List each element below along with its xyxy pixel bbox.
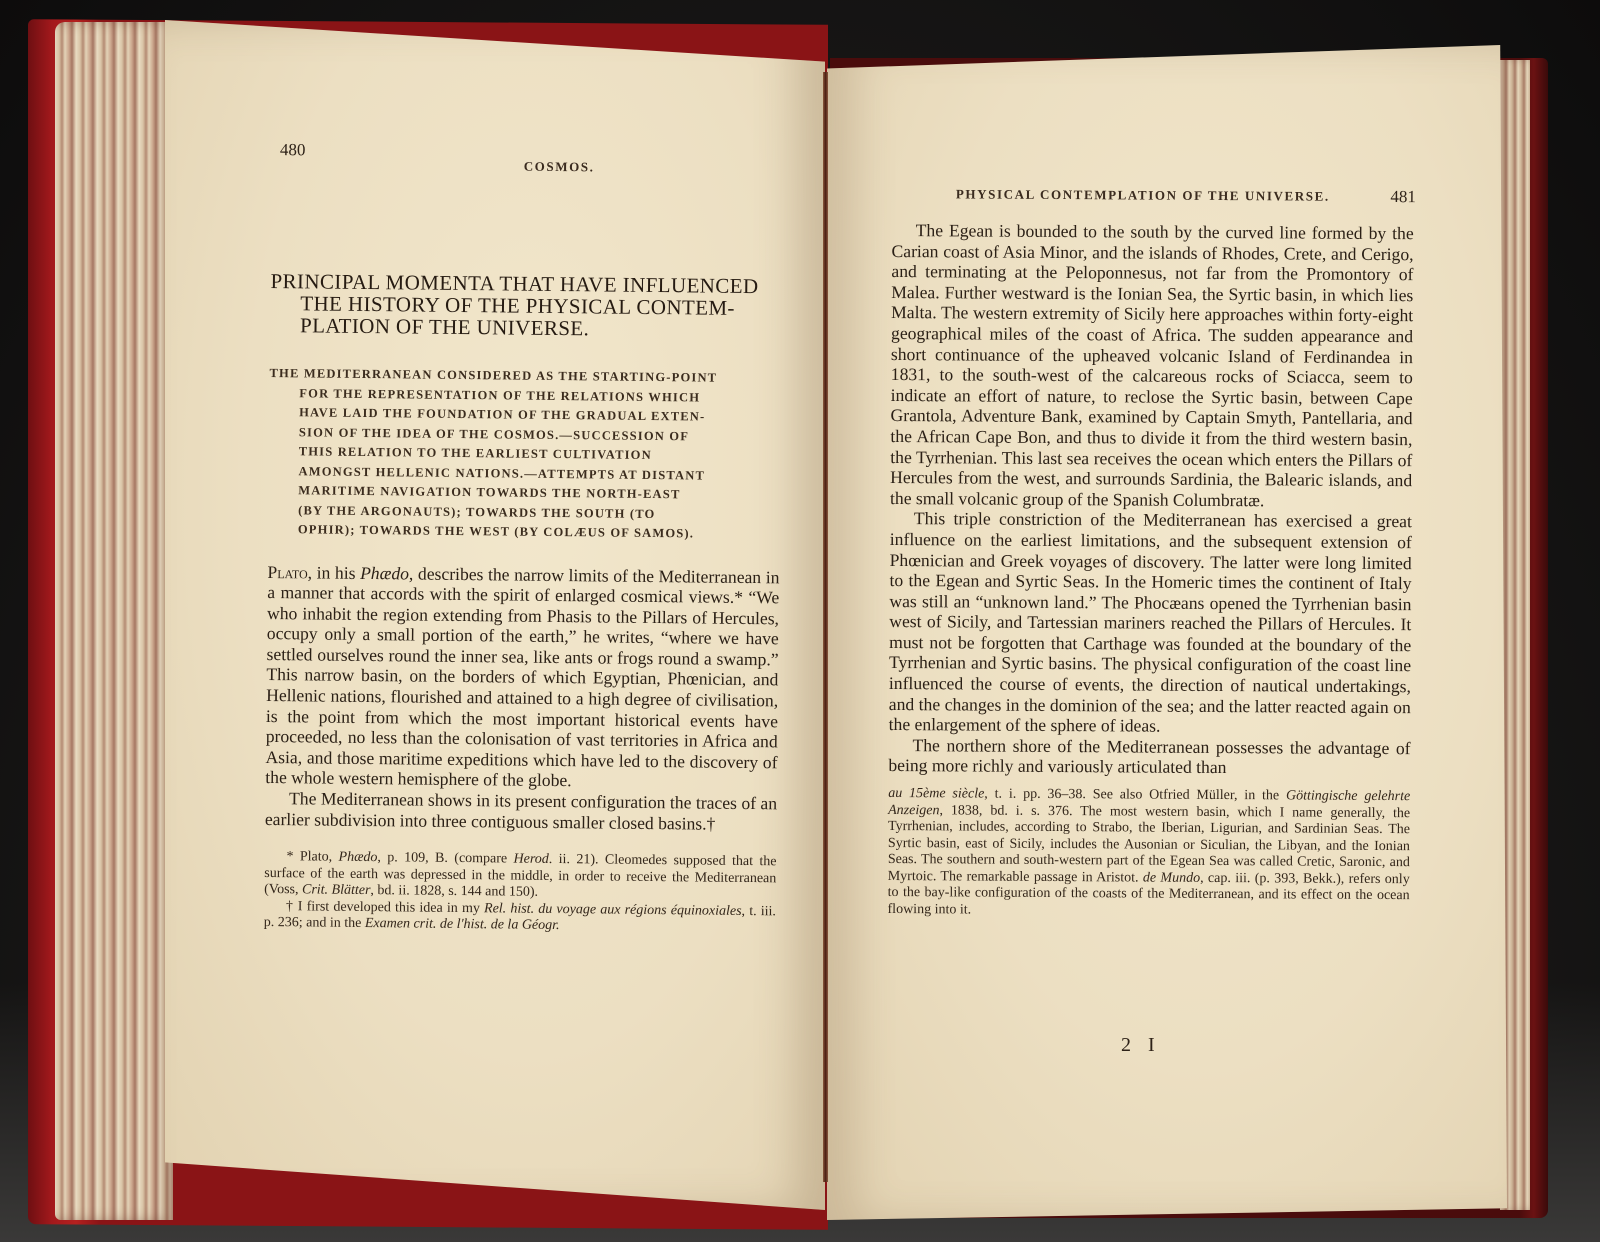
text-run: , in his	[308, 562, 361, 583]
page-edges-left	[55, 22, 173, 1220]
running-head-title-left: COSMOS.	[524, 159, 595, 176]
right-page-text: PHYSICAL CONTEMPLATION OF THE UNIVERSE. …	[887, 180, 1413, 921]
footnote: * Plato, Phædo, p. 109, B. (compare Hero…	[264, 849, 776, 904]
text-run: , bd. ii. 1828, s. 144 and 150).	[370, 883, 538, 900]
paragraph: The Egean is bounded to the south by the…	[890, 220, 1414, 511]
italic-title: Herod	[513, 852, 548, 867]
chapter-title: PRINCIPAL MOMENTA THAT HAVE INFLUENCED T…	[270, 270, 783, 341]
signature-mark: 2 I	[1121, 1034, 1161, 1057]
left-page-text: 480 COSMOS. PRINCIPAL MOMENTA THAT HAVE …	[264, 140, 784, 937]
text-run: , p. 109, B. (compare	[377, 850, 513, 866]
lead-word: Plato	[267, 561, 307, 581]
left-footnotes: * Plato, Phædo, p. 109, B. (compare Hero…	[264, 849, 777, 937]
paragraph: This triple constriction of the Mediterr…	[889, 508, 1412, 738]
text-run: , describes the narrow limits of the Med…	[265, 563, 779, 791]
italic-title: Phædo	[338, 850, 377, 865]
italic-title: Examen crit. de l'hist. de la Géogr.	[365, 916, 560, 933]
right-running-head: PHYSICAL CONTEMPLATION OF THE UNIVERSE. …	[892, 180, 1414, 223]
book-gutter	[823, 72, 828, 1182]
italic-title: au 15ème siècle	[888, 786, 984, 802]
italic-title: Phædo	[360, 562, 409, 583]
chapter-synopsis: THE MEDITERRANEAN CONSIDERED AS THE STAR…	[268, 364, 782, 545]
running-head-title-right: PHYSICAL CONTEMPLATION OF THE UNIVERSE.	[956, 186, 1330, 204]
page-number-right: 481	[1390, 187, 1416, 207]
synopsis-line: OPHIR); TOWARDS THE WEST (BY COLÆUS OF S…	[268, 520, 780, 545]
left-running-head: 480 COSMOS.	[272, 140, 784, 185]
text-run: , t. i. pp. 36–38. See also Otfried Müll…	[984, 787, 1286, 804]
text-run: * Plato,	[286, 849, 338, 865]
page-number-left: 480	[280, 140, 306, 160]
paragraph: Plato, in his Phædo, describes the narro…	[265, 561, 779, 793]
right-footnotes: au 15ème siècle, t. i. pp. 36–38. See al…	[887, 786, 1410, 921]
italic-title: Rel. hist. du voyage aux régions équinox…	[484, 901, 742, 919]
footnote: † I first developed this idea in my Rel.…	[264, 899, 776, 937]
text-run: † I first developed this idea in my	[286, 899, 484, 916]
left-body-text: Plato, in his Phædo, describes the narro…	[265, 561, 780, 834]
paragraph: The Mediterranean shows in its present c…	[265, 788, 777, 835]
footnote-continuation: au 15ème siècle, t. i. pp. 36–38. See al…	[887, 786, 1410, 921]
italic-title: Crit. Blätter	[302, 883, 371, 899]
italic-title: de Mundo	[1143, 870, 1200, 885]
right-body-text: The Egean is bounded to the south by the…	[888, 220, 1413, 779]
paragraph: The northern shore of the Mediterranean …	[888, 735, 1410, 779]
